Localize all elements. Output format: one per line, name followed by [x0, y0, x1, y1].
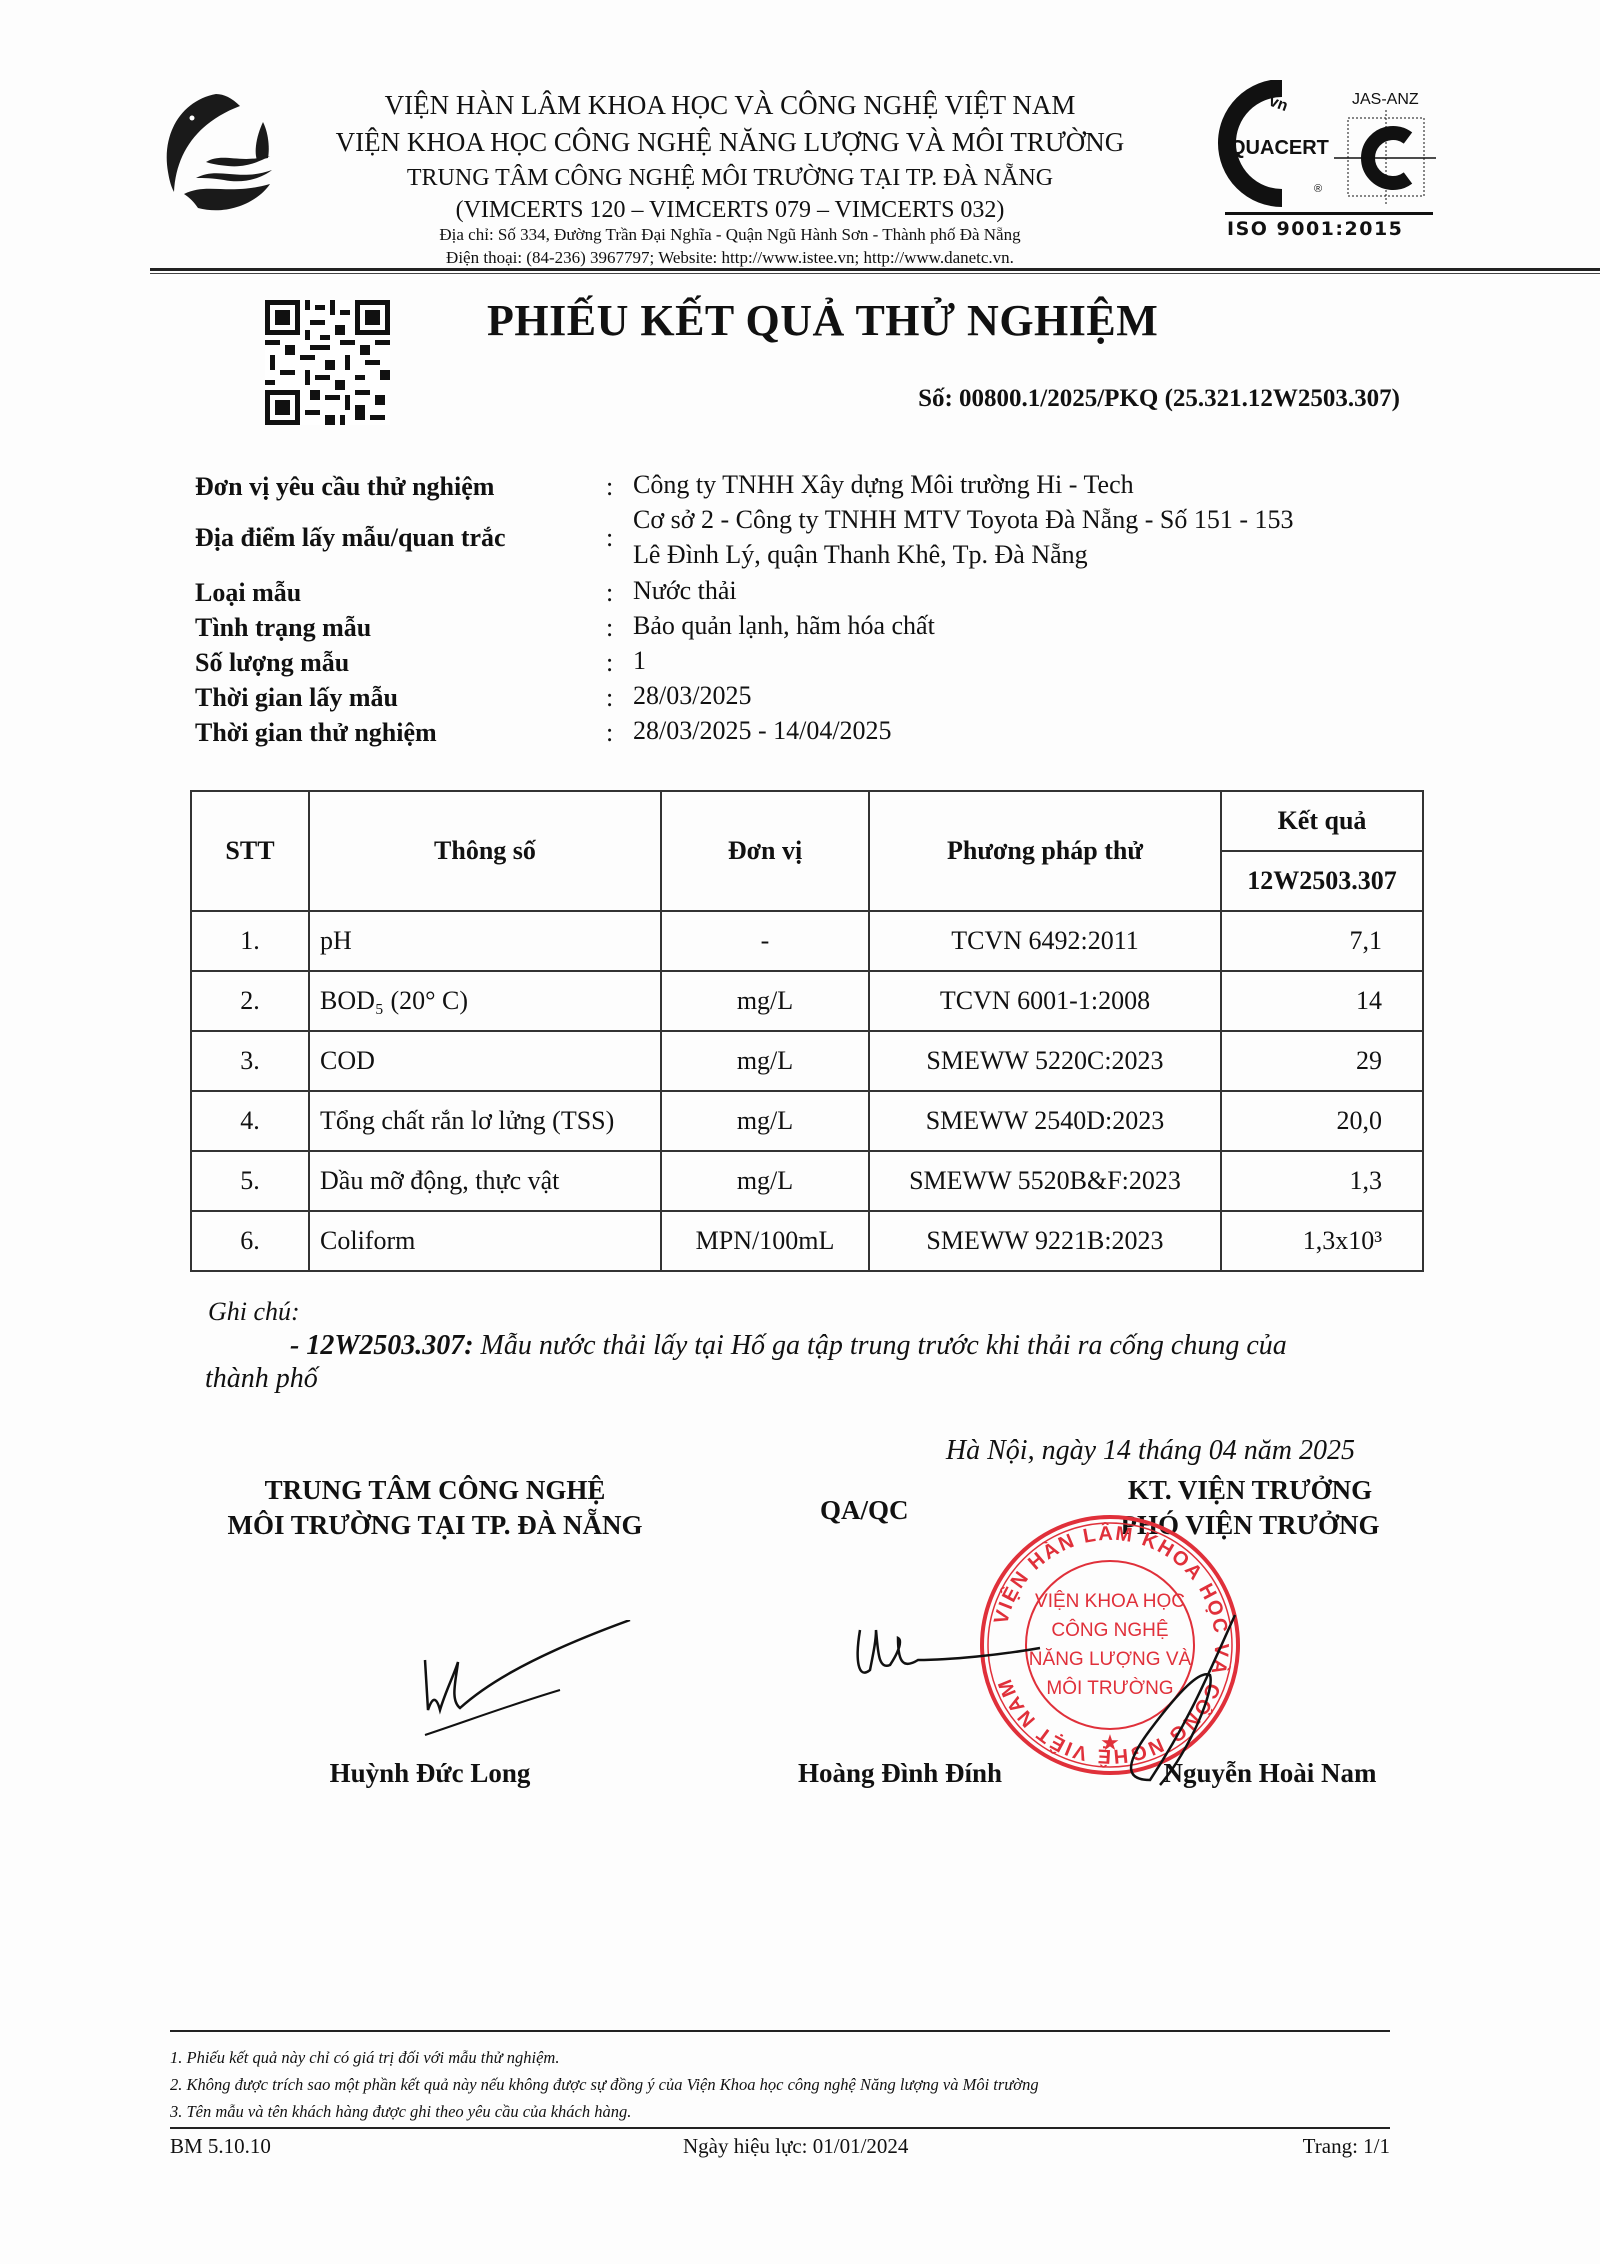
cell-method: SMEWW 5220C:2023	[869, 1031, 1221, 1091]
cell-param: pH	[309, 911, 661, 971]
cell-param: BOD₅ (20° C)	[309, 971, 661, 1031]
svg-text:JAS-ANZ: JAS-ANZ	[1352, 91, 1419, 108]
cell-stt: 5.	[191, 1151, 309, 1211]
director-title-line1: KT. VIỆN TRƯỞNG	[1080, 1475, 1420, 1506]
svg-text:®: ®	[1314, 183, 1322, 195]
header-result: Kết quả	[1221, 791, 1423, 851]
sampling-time-value: 28/03/2025	[633, 679, 751, 713]
table-row: 6. Coliform MPN/100mL SMEWW 9221B:2023 1…	[191, 1211, 1423, 1271]
notes-title: Ghi chú:	[208, 1297, 300, 1327]
colon: :	[606, 472, 613, 502]
certification-logos: QUACERT vn ® JAS-ANZ ISO 9001:2015	[1210, 80, 1440, 240]
cell-unit: MPN/100mL	[661, 1211, 869, 1271]
svg-text:ISO 9001:2015: ISO 9001:2015	[1227, 218, 1403, 240]
footer-note-2: 2. Không được trích sao một phần kết quả…	[170, 2075, 1039, 2095]
sample-type-label: Loại mẫu	[195, 578, 301, 608]
header-method: Phương pháp thử	[869, 791, 1221, 911]
header-contact: Điện thoại: (84-236) 3967797; Website: h…	[290, 248, 1170, 268]
quacert-logo-icon: QUACERT vn ® JAS-ANZ ISO 9001:2015	[1210, 80, 1440, 240]
notes-sample-code: - 12W2503.307:	[290, 1330, 474, 1361]
cell-method: SMEWW 5520B&F:2023	[869, 1151, 1221, 1211]
effective-date: Ngày hiệu lực: 01/01/2024	[683, 2134, 908, 2159]
footer-divider-top	[170, 2030, 1390, 2032]
footer-note-1: 1. Phiếu kết quả này chỉ có giá trị đối …	[170, 2048, 559, 2068]
table-row: 1. pH - TCVN 6492:2011 7,1	[191, 911, 1423, 971]
header-sample-code: 12W2503.307	[1221, 851, 1423, 911]
colon: :	[606, 613, 613, 643]
cell-stt: 2.	[191, 971, 309, 1031]
cell-result: 29	[1221, 1031, 1423, 1091]
results-table: STT Thông số Đơn vị Phương pháp thử Kết …	[190, 790, 1424, 1272]
cell-param: COD	[309, 1031, 661, 1091]
location-value-line2: Lê Đình Lý, quận Thanh Khê, Tp. Đà Nẵng	[633, 538, 1088, 572]
cell-stt: 6.	[191, 1211, 309, 1271]
sample-type-value: Nước thải	[633, 574, 737, 608]
sample-state-value: Bảo quản lạnh, hãm hóa chất	[633, 609, 935, 643]
header-academy: VIỆN HÀN LÂM KHOA HỌC VÀ CÔNG NGHỆ VIỆT …	[290, 90, 1170, 121]
colon: :	[606, 683, 613, 713]
header-stt: STT	[191, 791, 309, 911]
cell-unit: mg/L	[661, 1031, 869, 1091]
sample-count-value: 1	[633, 644, 646, 678]
header-center: TRUNG TÂM CÔNG NGHỆ MÔI TRƯỜNG TẠI TP. Đ…	[290, 165, 1170, 192]
colon: :	[606, 578, 613, 608]
sample-count-label: Số lượng mẫu	[195, 648, 349, 678]
table-row: 5. Dầu mỡ động, thực vật mg/L SMEWW 5520…	[191, 1151, 1423, 1211]
colon: :	[606, 718, 613, 748]
cell-param: Tổng chất rắn lơ lửng (TSS)	[309, 1091, 661, 1151]
cell-stt: 1.	[191, 911, 309, 971]
header-divider	[150, 268, 1600, 271]
cell-method: TCVN 6001-1:2008	[869, 971, 1221, 1031]
notes-text: Mẫu nước thải lấy tại Hố ga tập trung tr…	[474, 1330, 1287, 1361]
cell-unit: -	[661, 911, 869, 971]
institute-logo-icon	[158, 92, 284, 216]
signer-2-name: Hoàng Đình Đính	[740, 1758, 1060, 1789]
header-address: Địa chỉ: Số 334, Đường Trần Đại Nghĩa - …	[290, 225, 1170, 245]
table-row: 4. Tổng chất rắn lơ lửng (TSS) mg/L SMEW…	[191, 1091, 1423, 1151]
header-vimcerts: (VIMCERTS 120 – VIMCERTS 079 – VIMCERTS …	[290, 197, 1170, 224]
cell-unit: mg/L	[661, 1151, 869, 1211]
org-title-line1: TRUNG TÂM CÔNG NGHỆ	[210, 1475, 660, 1506]
requester-value: Công ty TNHH Xây dựng Môi trường Hi - Te…	[633, 468, 1134, 502]
cell-unit: mg/L	[661, 1091, 869, 1151]
org-title-line2: MÔI TRƯỜNG TẠI TP. ĐÀ NẴNG	[210, 1510, 660, 1541]
cell-param: Dầu mỡ động, thực vật	[309, 1151, 661, 1211]
cell-param: Coliform	[309, 1211, 661, 1271]
footer-note-3: 3. Tên mẫu và tên khách hàng được ghi th…	[170, 2102, 631, 2122]
qaqc-title: QA/QC	[820, 1495, 909, 1526]
signature-1-icon	[420, 1620, 640, 1740]
header-param: Thông số	[309, 791, 661, 911]
notes-line2: thành phố	[205, 1363, 318, 1395]
sampling-time-label: Thời gian lấy mẫu	[195, 683, 398, 713]
cell-unit: mg/L	[661, 971, 869, 1031]
header-divider-thin	[150, 273, 1600, 274]
cell-method: SMEWW 2540D:2023	[869, 1091, 1221, 1151]
location-label: Địa điểm lấy mẫu/quan trắc	[195, 523, 506, 553]
document-number: Số: 00800.1/2025/PKQ (25.321.12W2503.307…	[918, 385, 1400, 413]
cell-result: 14	[1221, 971, 1423, 1031]
requester-label: Đơn vị yêu cầu thử nghiệm	[195, 472, 494, 502]
svg-text:QUACERT: QUACERT	[1230, 137, 1329, 159]
cell-stt: 3.	[191, 1031, 309, 1091]
table-row: 2. BOD₅ (20° C) mg/L TCVN 6001-1:2008 14	[191, 971, 1423, 1031]
location-value-line1: Cơ sở 2 - Công ty TNHH MTV Toyota Đà Nẵn…	[633, 503, 1294, 537]
cell-stt: 4.	[191, 1091, 309, 1151]
header-institute: VIỆN KHOA HỌC CÔNG NGHỆ NĂNG LƯỢNG VÀ MÔ…	[290, 127, 1170, 158]
qr-code-icon	[265, 300, 390, 425]
test-time-value: 28/03/2025 - 14/04/2025	[633, 714, 892, 748]
form-code: BM 5.10.10	[170, 2134, 271, 2159]
cell-method: SMEWW 9221B:2023	[869, 1211, 1221, 1271]
footer-divider-bottom	[170, 2127, 1390, 2129]
page-number: Trang: 1/1	[1303, 2134, 1390, 2159]
table-row: 3. COD mg/L SMEWW 5220C:2023 29	[191, 1031, 1423, 1091]
signer-1-name: Huỳnh Đức Long	[200, 1758, 660, 1789]
cell-result: 1,3	[1221, 1151, 1423, 1211]
cell-result: 1,3x10³	[1221, 1211, 1423, 1271]
document-title: PHIẾU KẾT QUẢ THỬ NGHIỆM	[487, 295, 1158, 346]
colon: :	[606, 523, 613, 553]
cell-method: TCVN 6492:2011	[869, 911, 1221, 971]
sample-state-label: Tình trạng mẫu	[195, 613, 371, 643]
signer-3-name: Nguyễn Hoài Nam	[1130, 1758, 1410, 1789]
test-time-label: Thời gian thử nghiệm	[195, 718, 437, 748]
notes-line1: - 12W2503.307: Mẫu nước thải lấy tại Hố …	[290, 1330, 1287, 1362]
cell-result: 20,0	[1221, 1091, 1423, 1151]
colon: :	[606, 648, 613, 678]
header-unit: Đơn vị	[661, 791, 869, 911]
signing-date: Hà Nội, ngày 14 tháng 04 năm 2025	[946, 1435, 1355, 1467]
cell-result: 7,1	[1221, 911, 1423, 971]
